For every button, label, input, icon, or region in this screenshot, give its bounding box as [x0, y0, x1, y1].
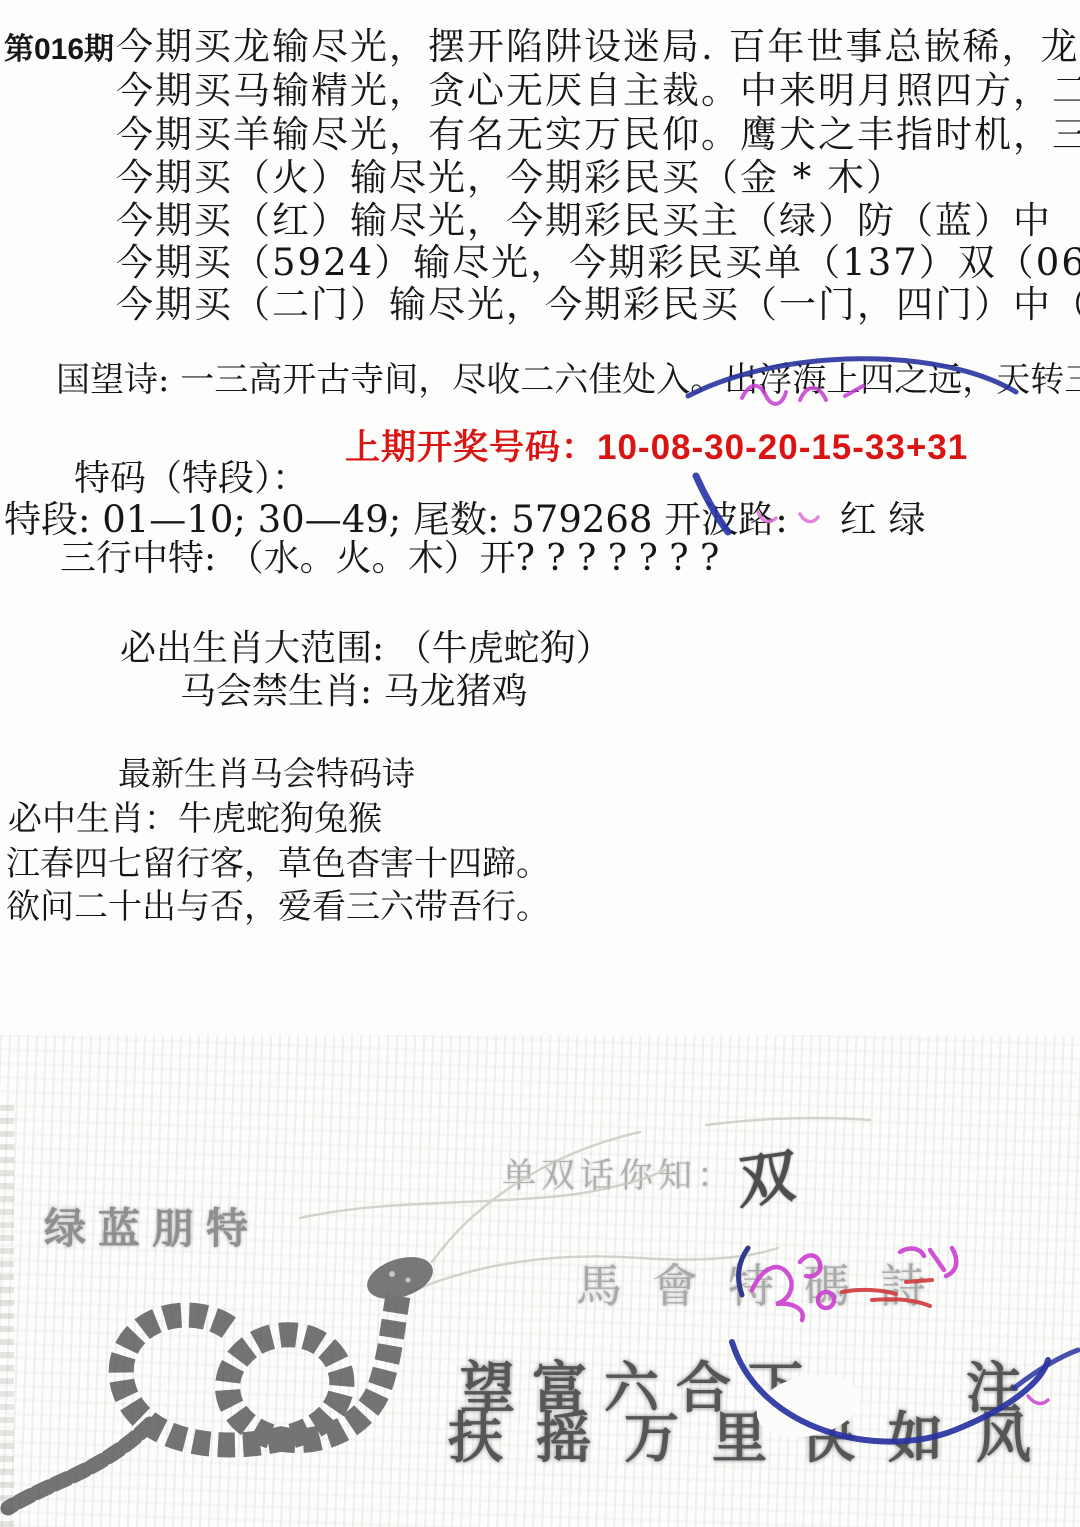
- zodiac-poem-line-3: 欲问二十出与否，爱看三六带吾行。: [6, 879, 550, 928]
- banned-zodiac-line: 马会禁生肖: 马龙猪鸡: [180, 663, 528, 714]
- fortune-line2: 扶摇万里快如风: [448, 1394, 1064, 1473]
- three-rows-special-line: 三行中特: （水。火。木）开? ? ? ? ? ? ?: [60, 530, 719, 581]
- club-poem-title: 馬會特碼詩: [576, 1250, 956, 1316]
- paper-edge-streaks: [0, 1100, 14, 1527]
- zodiac-poem-title: 最新生肖马会特码诗: [118, 748, 415, 795]
- guowang-poem: 国望诗: 一三高开古寺间，尽收二六佳处入。出浮海上四之远，天转三九碧树间。: [56, 352, 1080, 401]
- issue-number: 第016期: [4, 24, 114, 68]
- segment-colors: 红 绿: [840, 498, 926, 541]
- odd-even-label: 单双话你知：: [502, 1148, 736, 1197]
- zodiac-poem-line-2: 江春四七留行客，草色杳害十四蹄。: [6, 836, 550, 885]
- main-poem-line-7: 今期买（二门）输尽光，今期彩民买（一门，四门）中（魄）: [116, 274, 1080, 328]
- odd-even-handwritten-answer: 双: [737, 1128, 797, 1220]
- green-blue-faded-label: 绿蓝朋特: [44, 1196, 260, 1256]
- last-draw-numbers: 上期开奖号码：10-08-30-20-15-33+31: [345, 420, 968, 470]
- snake-stamp-icon: [8, 1249, 438, 1508]
- zodiac-poem-line-1: 必中生肖：牛虎蛇狗兔猴: [8, 791, 382, 840]
- lottery-tip-sheet: 第016期 今期买龙输尽光，摆开陷阱设迷局. 百年世事总嵌稀，龙腾虎跃疾与驰。 …: [0, 0, 1080, 1527]
